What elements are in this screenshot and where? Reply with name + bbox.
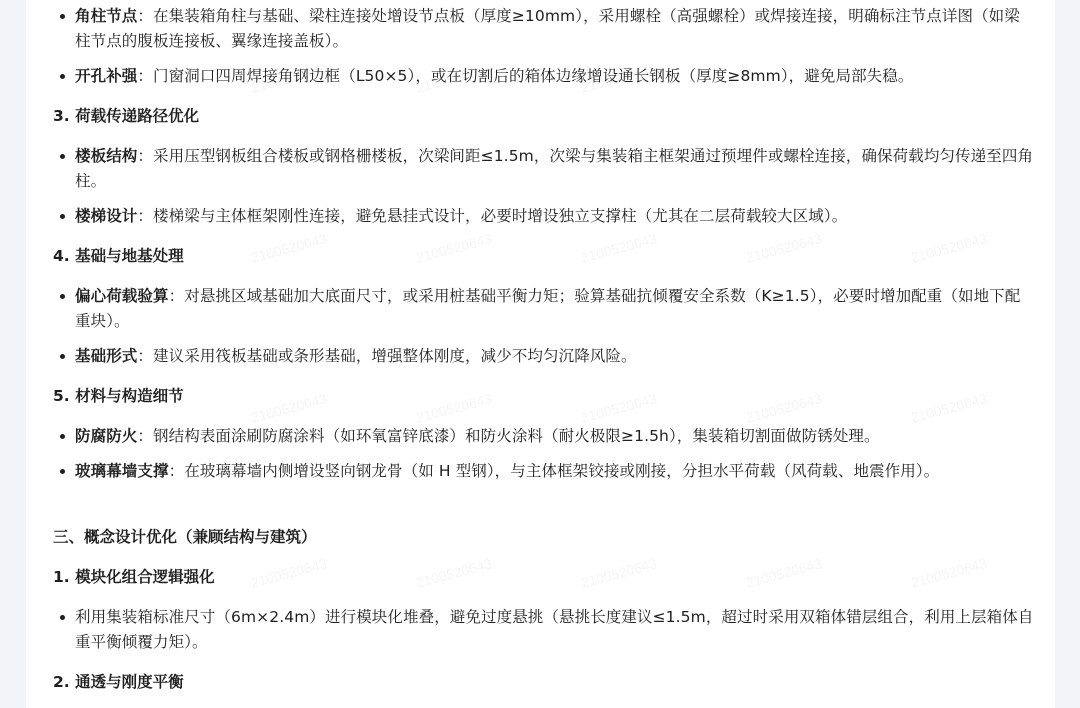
item-sep: ：: [137, 207, 153, 225]
bullet-icon: [60, 74, 65, 79]
item-text: 钢结构表面涂刷防腐涂料（如环氧富锌底漆）和防火涂料（耐火极限≥1.5h），集装箱…: [153, 427, 880, 445]
item-text: 利用集装箱标准尺寸（6m×2.4m）进行模块化堆叠，避免过度悬挑（悬挑长度建议≤…: [75, 608, 1033, 651]
list-item-eccentric-load-check: 偏心荷载验算：对悬挑区域基础加大底面尺寸，或采用桩基础平衡力矩；验算基础抗倾覆安…: [53, 284, 1035, 334]
item-term: 防腐防火: [75, 427, 137, 445]
bullet-icon: [60, 294, 65, 299]
bullet-icon: [60, 434, 65, 439]
list-item-corner-column-joint: 角柱节点：在集装箱角柱与基础、梁柱连接处增设节点板（厚度≥10mm），采用螺栓（…: [53, 4, 1035, 54]
item-sep: ：: [169, 287, 185, 305]
section-heading-load-path: 3. 荷载传递路径优化: [53, 104, 199, 129]
bullet-icon: [60, 615, 65, 620]
item-term: 楼板结构: [75, 147, 137, 165]
item-sep: ：: [137, 347, 153, 365]
list-item-modular-stacking: 利用集装箱标准尺寸（6m×2.4m）进行模块化堆叠，避免过度悬挑（悬挑长度建议≤…: [53, 605, 1035, 655]
list-item-anticorrosion-fireproofing: 防腐防火：钢结构表面涂刷防腐涂料（如环氧富锌底漆）和防火涂料（耐火极限≥1.5h…: [53, 424, 1035, 449]
item-text: 对悬挑区域基础加大底面尺寸，或采用桩基础平衡力矩；验算基础抗倾覆安全系数（K≥1…: [75, 287, 1020, 330]
item-text: 在集装箱角柱与基础、梁柱连接处增设节点板（厚度≥10mm），采用螺栓（高强螺栓）…: [75, 7, 1020, 50]
item-term: 偏心荷载验算: [75, 287, 169, 305]
item-text: 建议采用筏板基础或条形基础，增强整体刚度，减少不均匀沉降风险。: [153, 347, 637, 365]
list-item-opening-reinforcement: 开孔补强：门窗洞口四周焊接角钢边框（L50×5），或在切割后的箱体边缘增设通长钢…: [53, 64, 1035, 89]
item-sep: ：: [137, 427, 153, 445]
item-term: 角柱节点: [75, 7, 137, 25]
item-term: 玻璃幕墙支撑: [75, 462, 169, 480]
section-heading-materials: 5. 材料与构造细节: [53, 384, 184, 409]
section-heading-modular: 1. 模块化组合逻辑强化: [53, 565, 215, 590]
item-sep: ：: [137, 147, 153, 165]
bullet-icon: [60, 14, 65, 19]
bullet-icon: [60, 469, 65, 474]
bullet-icon: [60, 214, 65, 219]
item-sep: ：: [169, 462, 185, 480]
item-text: 采用压型钢板组合楼板或钢格栅楼板，次梁间距≤1.5m，次梁与集装箱主框架通过预埋…: [75, 147, 1033, 190]
list-item-stair-design: 楼梯设计：楼梯梁与主体框架刚性连接，避免悬挂式设计，必要时增设独立支撑柱（尤其在…: [53, 204, 1035, 229]
item-sep: ：: [137, 67, 153, 85]
list-item-floor-structure: 楼板结构：采用压型钢板组合楼板或钢格栅楼板，次梁间距≤1.5m，次梁与集装箱主框…: [53, 144, 1035, 194]
item-term: 楼梯设计: [75, 207, 137, 225]
chapter-heading-concept-design: 三、概念设计优化（兼顾结构与建筑）: [53, 525, 317, 550]
section-heading-foundation: 4. 基础与地基处理: [53, 244, 184, 269]
item-text: 在玻璃幕墙内侧增设竖向钢龙骨（如 H 型钢），与主体框架铰接或刚接，分担水平荷载…: [184, 462, 939, 480]
bullet-icon: [60, 354, 65, 359]
document-page: 角柱节点：在集装箱角柱与基础、梁柱连接处增设节点板（厚度≥10mm），采用螺栓（…: [26, 0, 1055, 708]
item-text: 楼梯梁与主体框架刚性连接，避免悬挂式设计，必要时增设独立支撑柱（尤其在二层荷载较…: [153, 207, 847, 225]
item-text: 门窗洞口四周焊接角钢边框（L50×5），或在切割后的箱体边缘增设通长钢板（厚度≥…: [153, 67, 913, 85]
list-item-glass-curtain-wall: 玻璃幕墙支撑：在玻璃幕墙内侧增设竖向钢龙骨（如 H 型钢），与主体框架铰接或刚接…: [53, 459, 1035, 484]
item-term: 开孔补强: [75, 67, 137, 85]
bullet-icon: [60, 154, 65, 159]
item-sep: ：: [137, 7, 153, 25]
list-item-foundation-type: 基础形式：建议采用筏板基础或条形基础，增强整体刚度，减少不均匀沉降风险。: [53, 344, 1035, 369]
item-term: 基础形式: [75, 347, 137, 365]
section-heading-transparency-stiffness: 2. 通透与刚度平衡: [53, 670, 184, 695]
